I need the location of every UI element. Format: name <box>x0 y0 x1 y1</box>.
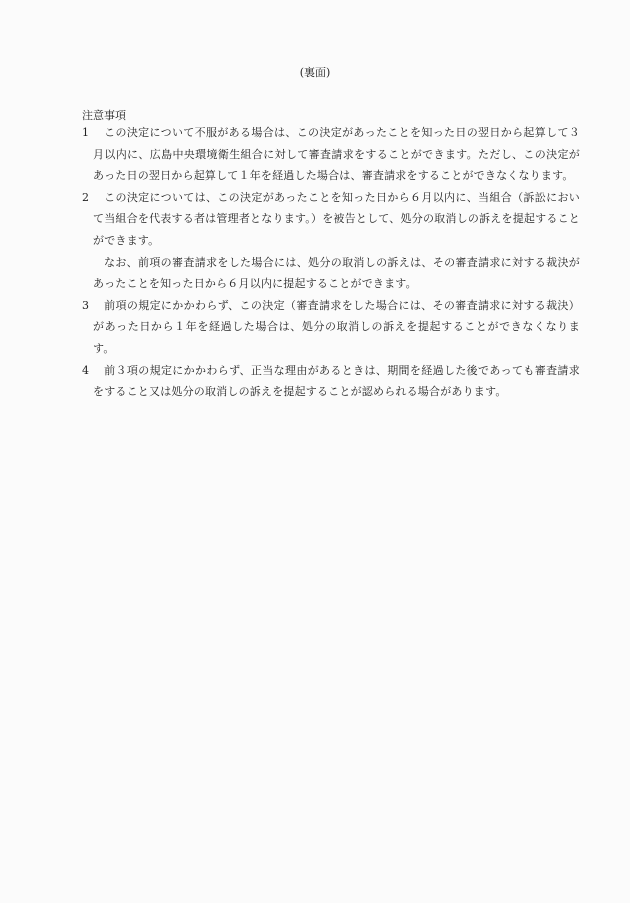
note-text: この決定について不服がある場合は、この決定があったことを知った日の翌日から起算し… <box>93 126 580 182</box>
notes-list: 1この決定について不服がある場合は、この決定があったことを知った日の翌日から起算… <box>82 122 580 403</box>
document-page: (裏面) 注意事項 1この決定について不服がある場合は、この決定があったことを知… <box>0 0 630 903</box>
note-text: 前３項の規定にかかわらず、正当な理由があるときは、期間を経過した後であっても審査… <box>93 364 580 399</box>
note-text: 前項の規定にかかわらず、この決定（審査請求をした場合には、その審査請求に対する裁… <box>93 299 580 355</box>
note-item-1: 1この決定について不服がある場合は、この決定があったことを知った日の翌日から起算… <box>82 122 580 187</box>
note-text: この決定については、この決定があったことを知った日から６月以内に、当組合（訴訟に… <box>93 191 580 247</box>
note-number: 3 <box>82 295 104 317</box>
note-item-4: 4前３項の規定にかかわらず、正当な理由があるときは、期間を経過した後であっても審… <box>82 360 580 403</box>
note-number: 2 <box>82 187 104 209</box>
note-item-2: 2この決定については、この決定があったことを知った日から６月以内に、当組合（訴訟… <box>82 187 580 252</box>
page-side-label: (裏面) <box>0 64 630 82</box>
note-item-2-continuation: なお、前項の審査請求をした場合には、処分の取消しの訴えは、その審査請求に対する裁… <box>82 252 580 295</box>
note-number: 4 <box>82 360 104 382</box>
note-number: 1 <box>82 122 104 144</box>
note-item-3: 3前項の規定にかかわらず、この決定（審査請求をした場合には、その審査請求に対する… <box>82 295 580 360</box>
